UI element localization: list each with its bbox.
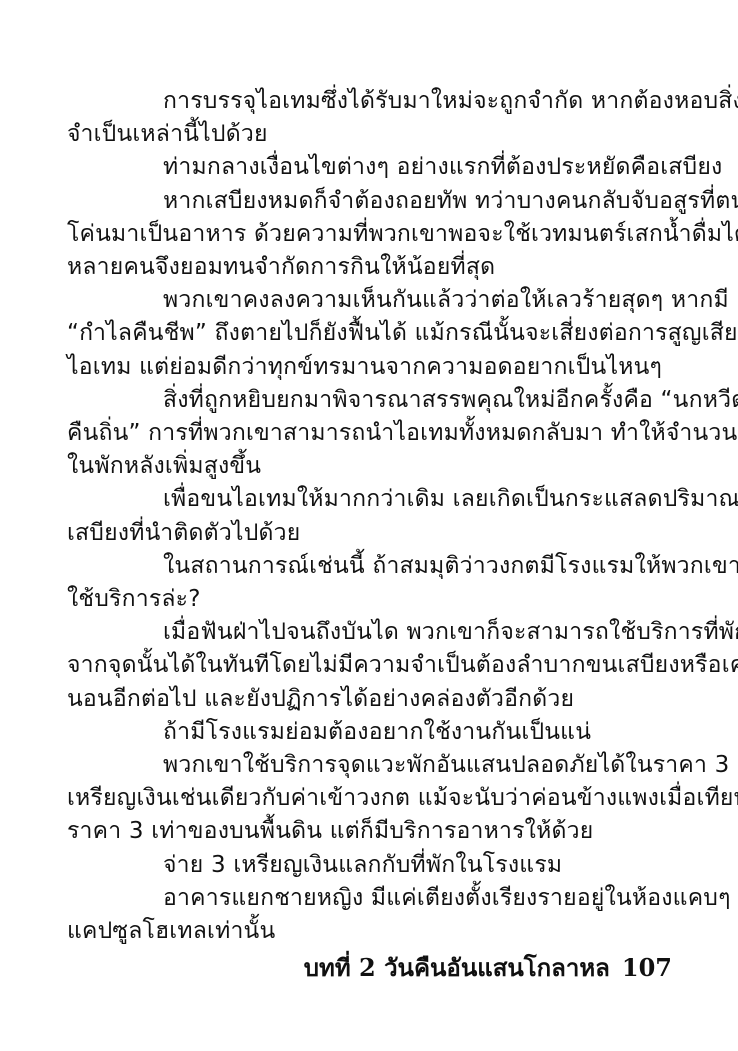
- text-line: สิ่งที่ถูกหยิบยกมาพิจารณาสรรพคุณใหม่อีกค…: [67, 384, 673, 417]
- text-line: คืนถิ่น” การที่พวกเขาสามารถนำไอเทมทั้งหม…: [67, 417, 673, 450]
- text-line: แคปซูลโฮเทลเท่านั้น: [67, 915, 673, 948]
- chapter-title: บทที่ 2 วันคืนอันแสนโกลาหล: [304, 953, 610, 982]
- text-line: เพื่อขนไอเทมให้มากกว่าเดิม เลยเกิดเป็นกร…: [67, 483, 673, 516]
- text-line: ในพักหลังเพิ่มสูงขึ้น: [67, 450, 673, 483]
- page-number: 107: [622, 953, 672, 982]
- text-line: ในสถานการณ์เช่นนี้ ถ้าสมมุติว่าวงกตมีโรง…: [67, 550, 673, 583]
- text-line: จ่าย 3 เหรียญเงินแลกกับที่พักในโรงแรม: [67, 849, 673, 882]
- text-line: เสบียงที่นำติดตัวไปด้วย: [67, 517, 673, 550]
- book-page: การบรรจุไอเทมซึ่งได้รับมาใหม่จะถูกจำกัด …: [0, 0, 738, 1051]
- text-line: ราคา 3 เท่าของบนพื้นดิน แต่ก็มีบริการอาห…: [67, 815, 673, 848]
- page-footer: บทที่ 2 วันคืนอันแสนโกลาหล107: [304, 951, 672, 985]
- text-line: จำเป็นเหล่านี้ไปด้วย: [67, 118, 673, 151]
- body-text: การบรรจุไอเทมซึ่งได้รับมาใหม่จะถูกจำกัด …: [67, 85, 673, 948]
- text-line: หากเสบียงหมดก็จำต้องถอยทัพ ทว่าบางคนกลับ…: [67, 185, 673, 218]
- text-line: อาคารแยกชายหญิง มีแค่เตียงตั้งเรียงรายอย…: [67, 882, 673, 915]
- text-line: โค่นมาเป็นอาหาร ด้วยความที่พวกเขาพอจะใช้…: [67, 218, 673, 251]
- text-line: ใช้บริการล่ะ?: [67, 583, 673, 616]
- text-line: จากจุดนั้นได้ในทันทีโดยไม่มีความจำเป็นต้…: [67, 649, 673, 682]
- text-line: ไอเทม แต่ย่อมดีกว่าทุกข์ทรมานจากความอดอย…: [67, 351, 673, 384]
- text-line: ถ้ามีโรงแรมย่อมต้องอยากใช้งานกันเป็นแน่: [67, 716, 673, 749]
- text-line: ท่ามกลางเงื่อนไขต่างๆ อย่างแรกที่ต้องประ…: [67, 151, 673, 184]
- text-line: เหรียญเงินเช่นเดียวกับค่าเข้าวงกต แม้จะน…: [67, 782, 673, 815]
- text-line: “กำไลคืนชีพ” ถึงตายไปก็ยังฟื้นได้ แม้กรณ…: [67, 317, 673, 350]
- text-line: เมื่อฟันฝ่าไปจนถึงบันได พวกเขาก็จะสามารถ…: [67, 616, 673, 649]
- text-line: การบรรจุไอเทมซึ่งได้รับมาใหม่จะถูกจำกัด …: [67, 85, 673, 118]
- text-line: พวกเขาคงลงความเห็นกันแล้วว่าต่อให้เลวร้า…: [67, 284, 673, 317]
- text-line: นอนอีกต่อไป และยังปฏิการได้อย่างคล่องตัว…: [67, 683, 673, 716]
- text-line: หลายคนจึงยอมทนจำกัดการกินให้น้อยที่สุด: [67, 251, 673, 284]
- text-line: พวกเขาใช้บริการจุดแวะพักอันแสนปลอดภัยได้…: [67, 749, 673, 782]
